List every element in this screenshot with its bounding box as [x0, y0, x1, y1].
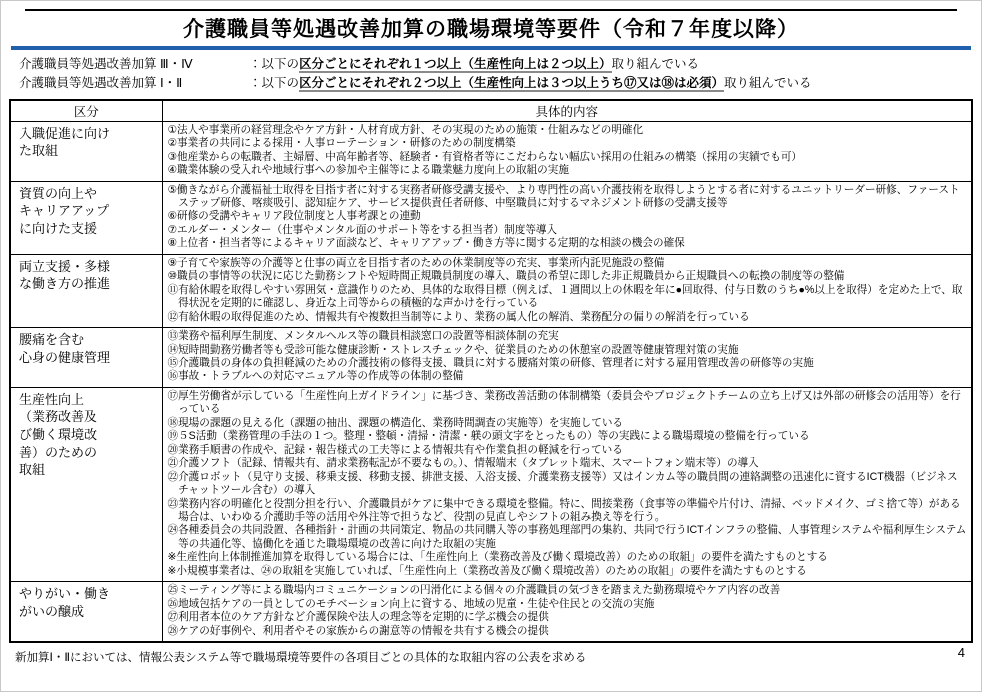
title-block: 介護職員等処遇改善加算の職場環境等要件（令和７年度以降）	[11, 9, 971, 50]
content-cell: ⑨子育てや家族等の介護等と仕事の両立を目指す者のための休業制度等の充実、事業所内…	[162, 254, 972, 327]
requirement-item: ⑳業務手順書の作成や、記録・報告様式の工夫等による情報共有や作業負担の軽減を行っ…	[168, 444, 968, 457]
requirement-item: ⑯事故・トラブルへの対応マニュアル等の作成等の体制の整備	[168, 370, 968, 383]
category-cell: やりがい・働き がいの醸成	[10, 582, 162, 642]
content-cell: ⑤働きながら介護福祉士取得を目指す者に対する実務者研修受講支援や、より専門性の高…	[162, 181, 972, 254]
requirement-item: ⑥研修の受講やキャリア段位制度と人事考課との連動	[168, 210, 968, 223]
requirements-table: 区分 具体的内容 入職促進に向け た取組 ①法人や事業所の経営理念やケア方針・人…	[9, 99, 973, 643]
intro-line: 介護職員等処遇改善加算 Ⅰ・Ⅱ：以下の区分ごとにそれぞれ２つ以上（生産性向上は３…	[19, 74, 967, 93]
intro-suffix: 取り組んでいる	[612, 57, 700, 71]
title-accent-rule	[11, 46, 971, 50]
requirement-item: ⑱現場の課題の見える化（課題の抽出、課題の構造化、業務時間調査の実施等）を実施し…	[168, 417, 968, 430]
requirement-item: ㉗利用者本位のケア方針など介護保険や法人の理念等を定期的に学ぶ機会の提供	[168, 611, 968, 624]
document-page: 介護職員等処遇改善加算の職場環境等要件（令和７年度以降） 介護職員等処遇改善加算…	[0, 0, 982, 692]
intro-addition-label: 介護職員等処遇改善加算 Ⅰ・Ⅱ	[19, 74, 249, 93]
requirement-item: ⑲５S活動（業務管理の手法の１つ。整理・整頓・清掃・清潔・躾の頭文字をとったもの…	[168, 430, 968, 443]
intro-addition-label: 介護職員等処遇改善加算 Ⅲ・Ⅳ	[19, 55, 249, 74]
category-cell: 腰痛を含む 心身の健康管理	[10, 328, 162, 388]
requirement-item: ⑮介護職員の身体の負担軽減のための介護技術の修得支援、職員に対する腰痛対策の研修…	[168, 357, 968, 370]
intro-requirement-emphasis: 区分ごとにそれぞれ２つ以上（生産性向上は３つ以上うち⑰又は⑱は必須）	[299, 76, 724, 92]
column-header-content: 具体的内容	[162, 100, 972, 122]
requirement-item: ⑩職員の事情等の状況に応じた勤務シフトや短時間正規職員制度の導入、職員の希望に即…	[168, 270, 968, 283]
requirement-item: ①法人や事業所の経営理念やケア方針・人材育成方針、その実現のための施策・仕組みな…	[168, 124, 968, 137]
requirement-item: ㉓業務内容の明確化と役割分担を行い、介護職員がケアに集中できる環境を整備。特に、…	[168, 498, 968, 525]
requirement-item: ③他産業からの転職者、主婦層、中高年齢者等、経験者・有資格者等にこだわらない幅広…	[168, 151, 968, 164]
intro-section: 介護職員等処遇改善加算 Ⅲ・Ⅳ：以下の区分ごとにそれぞれ１つ以上（生産性向上は２…	[9, 52, 973, 98]
requirement-item: ※小規模事業者は、㉔の取組を実施していれば、「生産性向上（業務改善及び働く環境改…	[168, 565, 968, 578]
requirement-item: ㉑介護ソフト（記録、情報共有、請求業務転記が不要なもの。）、情報端末（タブレット…	[168, 457, 968, 470]
footnote: 新加算Ⅰ・Ⅱにおいては、情報公表システム等で職場環境等要件の各項目ごとの具体的な…	[15, 645, 586, 665]
category-cell: 生産性向上 （業務改善及 び働く環境改 善）のための 取組	[10, 387, 162, 581]
requirement-item: ④職業体験の受入れや地域行事への参加や主催等による職業魅力度向上の取組の実施	[168, 164, 968, 177]
requirement-item: ⑬業務や福利厚生制度、メンタルヘルス等の職員相談窓口の設置等相談体制の充実	[168, 330, 968, 343]
requirement-item: ⑧上位者・担当者等によるキャリア面談など、キャリアアップ・働き方等に関する定期的…	[168, 237, 968, 250]
requirement-item: ⑦エルダー・メンター（仕事やメンタル面のサポート等をする担当者）制度等導入	[168, 224, 968, 237]
requirement-item: ㉕ミーティング等による職場内コミュニケーションの円滑化による個々の介護職員の気づ…	[168, 584, 968, 597]
requirement-item: ※生産性向上体制推進加算を取得している場合には、「生産性向上（業務改善及び働く環…	[168, 551, 968, 564]
table-row: 生産性向上 （業務改善及 び働く環境改 善）のための 取組 ⑰厚生労働省が示して…	[10, 387, 972, 581]
intro-prefix: ：以下の	[249, 57, 299, 71]
intro-line: 介護職員等処遇改善加算 Ⅲ・Ⅳ：以下の区分ごとにそれぞれ１つ以上（生産性向上は２…	[19, 55, 967, 74]
requirement-item: ⑭短時間勤務労働者等も受診可能な健康診断・ストレスチェックや、従業員のための休憩…	[168, 344, 968, 357]
requirement-item: ⑪有給休暇を取得しやすい雰囲気・意識作りのため、具体的な取得目標（例えば、１週間…	[168, 284, 968, 311]
page-number: 4	[958, 645, 971, 660]
content-cell: ㉕ミーティング等による職場内コミュニケーションの円滑化による個々の介護職員の気づ…	[162, 582, 972, 642]
intro-prefix: ：以下の	[249, 76, 299, 90]
content-cell: ⑬業務や福利厚生制度、メンタルヘルス等の職員相談窓口の設置等相談体制の充実⑭短時…	[162, 328, 972, 388]
table-row: やりがい・働き がいの醸成 ㉕ミーティング等による職場内コミュニケーションの円滑…	[10, 582, 972, 642]
intro-requirement-emphasis: 区分ごとにそれぞれ１つ以上（生産性向上は２つ以上）	[299, 57, 612, 73]
table-row: 資質の向上や キャリアアップ に向けた支援 ⑤働きながら介護福祉士取得を目指す者…	[10, 181, 972, 254]
intro-suffix: 取り組んでいる	[724, 76, 812, 90]
footer: 新加算Ⅰ・Ⅱにおいては、情報公表システム等で職場環境等要件の各項目ごとの具体的な…	[9, 643, 973, 665]
category-cell: 資質の向上や キャリアアップ に向けた支援	[10, 181, 162, 254]
content-cell: ①法人や事業所の経営理念やケア方針・人材育成方針、その実現のための施策・仕組みな…	[162, 121, 972, 181]
table-row: 入職促進に向け た取組 ①法人や事業所の経営理念やケア方針・人材育成方針、その実…	[10, 121, 972, 181]
requirement-item: ⑨子育てや家族等の介護等と仕事の両立を目指す者のための休業制度等の充実、事業所内…	[168, 257, 968, 270]
requirement-item: ㉒介護ロボット（見守り支援、移乗支援、移動支援、排泄支援、入浴支援、介護業務支援…	[168, 471, 968, 498]
requirement-item: ②事業者の共同による採用・人事ローテーション・研修のための制度構築	[168, 137, 968, 150]
requirement-item: ㉔各種委員会の共同設置、各種指針・計画の共同策定、物品の共同購入等の事務処理部門…	[168, 524, 968, 551]
requirement-item: ㉖地域包括ケアの一員としてのモチベーション向上に資する、地域の児童・生徒や住民と…	[168, 598, 968, 611]
table-header-row: 区分 具体的内容	[10, 100, 972, 122]
column-header-category: 区分	[10, 100, 162, 122]
page-title: 介護職員等処遇改善加算の職場環境等要件（令和７年度以降）	[11, 11, 971, 46]
content-cell: ⑰厚生労働省が示している「生産性向上ガイドライン」に基づき、業務改善活動の体制構…	[162, 387, 972, 581]
table-row: 両立支援・多様 な働き方の推進 ⑨子育てや家族等の介護等と仕事の両立を目指す者の…	[10, 254, 972, 327]
requirement-item: ⑫有給休暇の取得促進のため、情報共有や複数担当制等により、業務の属人化の解消、業…	[168, 311, 968, 324]
requirement-item: ⑰厚生労働省が示している「生産性向上ガイドライン」に基づき、業務改善活動の体制構…	[168, 390, 968, 417]
requirement-item: ⑤働きながら介護福祉士取得を目指す者に対する実務者研修受講支援や、より専門性の高…	[168, 184, 968, 211]
category-cell: 両立支援・多様 な働き方の推進	[10, 254, 162, 327]
requirement-item: ㉘ケアの好事例や、利用者やその家族からの謝意等の情報を共有する機会の提供	[168, 625, 968, 638]
category-cell: 入職促進に向け た取組	[10, 121, 162, 181]
table-row: 腰痛を含む 心身の健康管理 ⑬業務や福利厚生制度、メンタルヘルス等の職員相談窓口…	[10, 328, 972, 388]
